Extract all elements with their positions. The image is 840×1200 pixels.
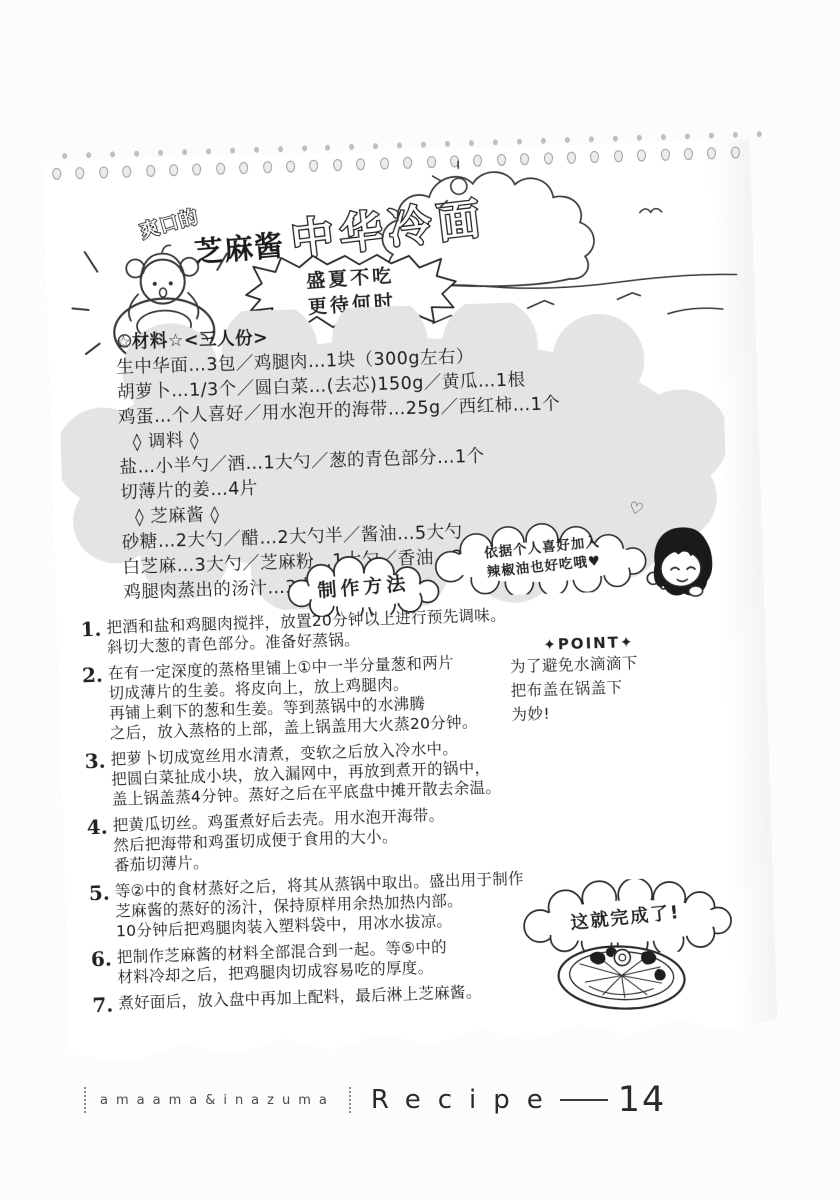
perforation-dot: [206, 148, 211, 154]
perforation-dot: [565, 137, 570, 143]
binder-hole: [239, 162, 248, 174]
perforation-dot: [541, 138, 546, 144]
bird-icon: [640, 208, 662, 212]
step-number: 3.: [84, 749, 112, 810]
perforation-dot: [708, 133, 713, 139]
footer: amaama&inazuma Recipe 14: [70, 1080, 666, 1120]
cold-noodle-dish-illustration: [544, 927, 699, 1023]
notebook-page: 爽口的 芝麻酱 中华冷面: [42, 139, 778, 1073]
footer-divider: [84, 1087, 86, 1113]
footer-dash: [560, 1099, 608, 1101]
recipe-page-scan: 爽口的 芝麻酱 中华冷面: [0, 0, 840, 1200]
perforation-dot: [373, 143, 378, 149]
perforation-dot: [421, 142, 426, 148]
perforation-dot: [325, 145, 330, 151]
binder-hole: [263, 161, 272, 173]
point-note: ✦POINT✦ 为了避免水滴滴下 把布盖在锅盖下 为妙!: [509, 630, 727, 727]
binder-hole: [52, 168, 61, 180]
binder-hole: [216, 163, 225, 175]
perforation-dot: [62, 153, 67, 159]
step-text: 把萝卜切成宽丝用水清煮，变软之后放入冷水中。 把圆白菜扯成小块，放入漏网中，再放…: [110, 730, 726, 809]
perforation-dot: [158, 150, 163, 156]
perforation-dot: [230, 148, 235, 154]
binder-hole: [169, 164, 178, 176]
perforation-dot: [301, 145, 306, 151]
binder-hole: [75, 167, 84, 179]
title-prefix: 爽口的: [137, 205, 201, 243]
perforation-dot: [182, 149, 187, 155]
perforation-dot: [445, 141, 450, 147]
perforation-dot: [589, 136, 594, 142]
perforation-dot: [637, 135, 642, 141]
perforation-dot: [349, 144, 354, 150]
step-number: 2.: [82, 664, 111, 745]
chili-tip-bubble: 依据个人喜好加入 辣椒油也好吃哦♥: [419, 518, 666, 598]
perforation-dot: [613, 136, 618, 142]
binder-hole: [146, 165, 155, 177]
perforation-dot: [493, 139, 498, 145]
perforation-dot: [110, 151, 115, 157]
series-title: amaama&inazuma: [100, 1093, 335, 1108]
perforation-dot: [469, 140, 474, 146]
perforation-dot: [86, 152, 91, 158]
point-body: 为了避免水滴滴下 把布盖在锅盖下 为妙!: [510, 648, 727, 727]
footer-divider: [349, 1087, 351, 1113]
binder-hole: [192, 163, 201, 175]
binder-hole: [99, 166, 108, 178]
perforation-dot: [685, 133, 690, 139]
perforation-dot: [254, 147, 259, 153]
binder-hole: [122, 166, 131, 178]
perforation-dot: [732, 132, 737, 138]
chibi-face-illustration: [646, 522, 720, 604]
perforation-dot: [661, 134, 666, 140]
step-number: 1.: [80, 618, 107, 659]
perforation-dot: [278, 146, 283, 152]
recipe-label: Recipe: [371, 1085, 560, 1115]
step-number: 4.: [86, 815, 114, 876]
binder-hole: [286, 160, 295, 172]
step-number: 5.: [89, 881, 117, 942]
perforation-dot: [134, 151, 139, 157]
step-text: 把黄瓜切丝。鸡蛋煮好后去壳。用水泡开海带。 然后把海带和鸡蛋切成便于食用的大小。…: [112, 796, 728, 875]
perforation-dot: [397, 142, 402, 148]
perforation-dot: [517, 139, 522, 145]
step-number: 7.: [92, 993, 119, 1016]
perforation-dot: [756, 131, 761, 137]
recipe-page-number: 14: [618, 1080, 667, 1120]
step-number: 6.: [91, 947, 118, 988]
